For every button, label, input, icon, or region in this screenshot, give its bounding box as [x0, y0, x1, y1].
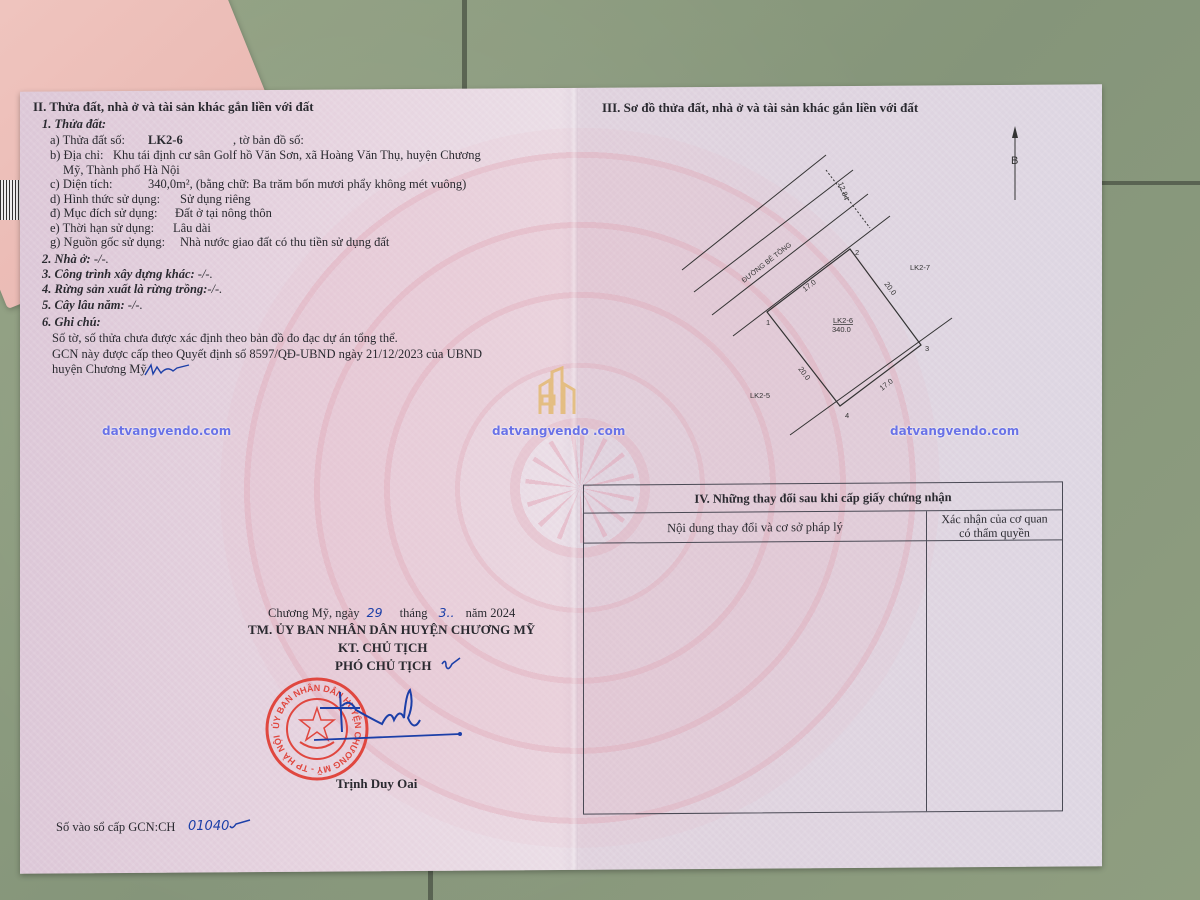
- svg-text:17.0: 17.0: [801, 277, 818, 293]
- area-value: 340,0m², (bằng chữ: Ba trăm bốn mươi phẩ…: [148, 177, 466, 192]
- address-value-1: Khu tái định cư sân Golf hồ Văn Sơn, xã …: [113, 148, 481, 163]
- usage-form-value: Sử dụng riêng: [180, 192, 251, 207]
- usage-term-value: Lâu dài: [173, 221, 211, 236]
- registry-check: [228, 818, 252, 832]
- column-divider: [926, 541, 927, 811]
- watermark-left: datvangvendo.com: [102, 424, 231, 438]
- forest-label: 4. Rừng sản xuất là rừng trồng:-/-.: [42, 282, 222, 297]
- signer-role-1: KT. CHỦ TỊCH: [338, 640, 427, 656]
- address-value-2: Mỹ, Thành phố Hà Nội: [63, 163, 180, 178]
- usage-term-label: e) Thời hạn sử dụng:: [50, 221, 154, 236]
- svg-text:17.0: 17.0: [878, 376, 895, 392]
- svg-text:4: 4: [845, 411, 849, 420]
- svg-text:B: B: [1011, 155, 1018, 167]
- section3-title: III. Sơ đồ thửa đất, nhà ở và tài sản kh…: [602, 100, 918, 116]
- area-label: c) Diện tích:: [50, 177, 112, 192]
- signer-name: Trịnh Duy Oai: [336, 776, 417, 792]
- other-construction-label: 3. Công trình xây dựng khác: -/-.: [42, 267, 213, 282]
- note-line-2: GCN này được cấp theo Quyết định số 8597…: [52, 347, 482, 362]
- watermark-logo-icon: [528, 366, 580, 416]
- svg-text:12.84: 12.84: [836, 181, 851, 202]
- issuing-authority: TM. ỦY BAN NHÂN DÂN HUYỆN CHƯƠNG MỸ: [248, 622, 535, 638]
- watermark-center: datvangvendo .com: [492, 424, 625, 438]
- note-line-1: Số tờ, số thửa chưa được xác định theo b…: [52, 331, 398, 346]
- svg-text:340.0: 340.0: [832, 325, 851, 334]
- tile-grout: [1102, 181, 1200, 185]
- origin-value: Nhà nước giao đất có thu tiền sử dụng đấ…: [180, 235, 389, 250]
- svg-text:20.0: 20.0: [882, 280, 898, 297]
- signer-role-2: PHÓ CHỦ TỊCH: [335, 658, 432, 674]
- svg-text:LK2-7: LK2-7: [910, 263, 930, 272]
- note-line-3: huyện Chương Mỹ: [52, 362, 147, 377]
- signing-place-date: Chương Mỹ, ngày 29 tháng 3.. năm 2024: [268, 605, 515, 621]
- svg-text:2: 2: [855, 248, 859, 257]
- parcel-number-value: LK2-6: [148, 133, 183, 148]
- usage-purpose-label: đ) Mục đích sử dụng:: [50, 206, 157, 221]
- parcel-number-label: a) Thửa đất số:: [50, 133, 125, 148]
- svg-text:3: 3: [925, 344, 929, 353]
- registry-label: Số vào sổ cấp GCN:CH: [56, 820, 175, 835]
- map-sheet-label: , tờ bản đồ số:: [233, 133, 304, 148]
- tile-grout: [428, 866, 433, 900]
- usage-form-label: d) Hình thức sử dụng:: [50, 192, 160, 207]
- svg-text:LK2-6: LK2-6: [833, 316, 853, 325]
- perennial-label: 5. Cây lâu năm: -/-.: [42, 298, 143, 313]
- notes-heading: 6. Ghi chú:: [42, 315, 101, 330]
- authority-column-header: Xác nhận của cơ quan có thẩm quyền: [926, 510, 1062, 541]
- parcel-diagram: B ĐƯỜNG BÊ TÔNG 12.84 1 2 3 4 17.0 20.0 …: [660, 120, 1060, 440]
- svg-text:LK2-5: LK2-5: [750, 391, 770, 400]
- usage-purpose-value: Đất ở tại nông thôn: [175, 206, 272, 221]
- initials-scribble: [143, 362, 193, 378]
- parcel-heading: 1. Thửa đất:: [42, 117, 106, 132]
- signature-scribble: [310, 688, 470, 748]
- section4-title: IV. Những thay đổi sau khi cấp giấy chứn…: [584, 482, 1062, 513]
- svg-text:1: 1: [766, 318, 770, 327]
- paper-fold: [570, 88, 578, 870]
- house-label: 2. Nhà ở: -/-.: [42, 252, 109, 267]
- initial-check: [440, 656, 462, 674]
- tile-grout: [462, 0, 467, 92]
- origin-label: g) Nguồn gốc sử dụng:: [50, 235, 165, 250]
- section2-title: II. Thửa đất, nhà ở và tài sản khác gắn …: [33, 99, 314, 115]
- address-label: b) Địa chỉ:: [50, 148, 103, 163]
- svg-text:ĐƯỜNG BÊ TÔNG: ĐƯỜNG BÊ TÔNG: [740, 240, 793, 285]
- registry-number: 01040: [188, 819, 229, 834]
- changes-column-header: Nội dung thay đổi và cơ sở pháp lý: [584, 511, 926, 543]
- changes-table: IV. Những thay đổi sau khi cấp giấy chứn…: [583, 481, 1063, 814]
